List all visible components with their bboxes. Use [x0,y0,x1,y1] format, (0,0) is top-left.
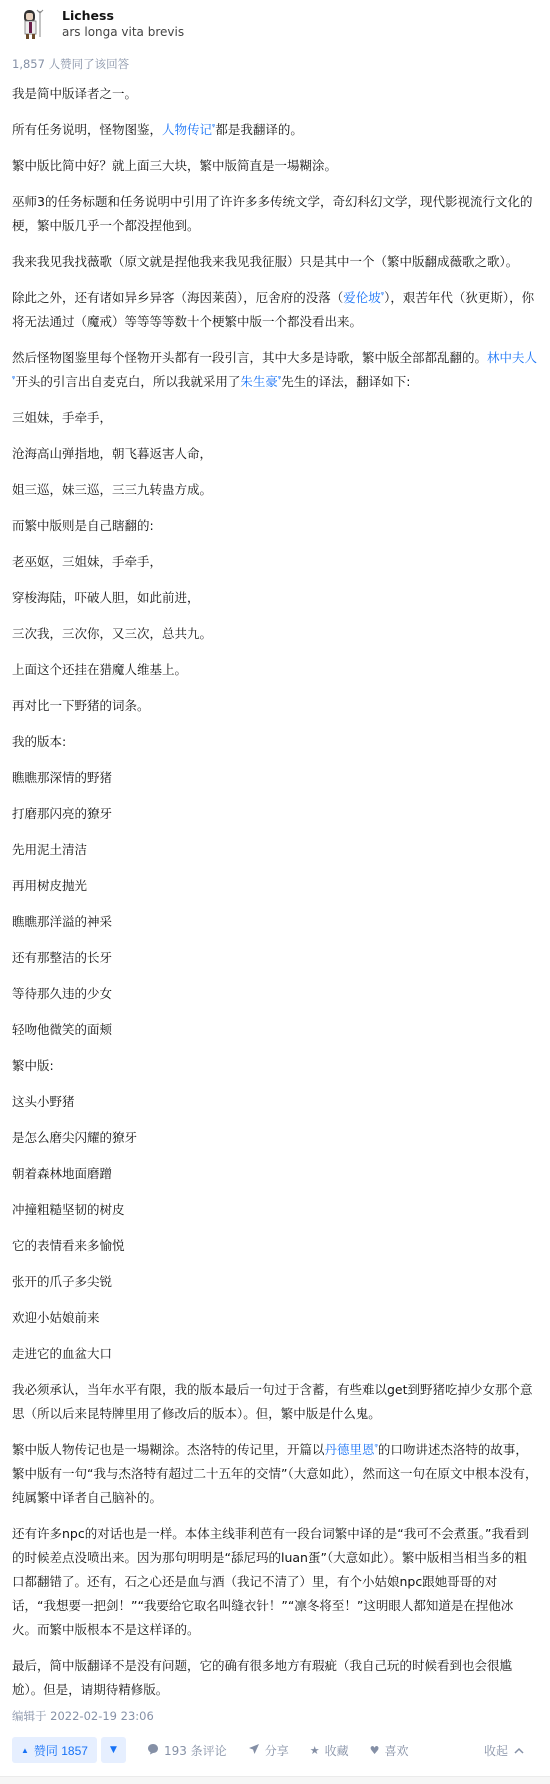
paragraph: 除此之外，还有诸如异乡异客（海因莱茵），厄舍府的没落（爱伦坡ᵠ），艰苦年代（狄更… [12,286,538,334]
poem-line: 它的表情看来多愉悦 [12,1234,538,1258]
section-divider [0,1776,550,1784]
poem-line: 我的版本: [12,730,538,754]
author-bio: ars longa vita brevis [62,24,184,41]
paragraph: 然后怪物图鉴里每个怪物开头都有一段引言，其中大多是诗歌，繁中版全部都乱翻的。林中… [12,346,538,394]
poem-line: 朝着森林地面磨蹭 [12,1162,538,1186]
poem-line: 繁中版: [12,1054,538,1078]
author-header: Lichess ars longa vita brevis [12,0,538,46]
poem-line: 是怎么磨尖闪耀的獠牙 [12,1126,538,1150]
poem-line: 等待那久违的少女 [12,982,538,1006]
wizard-avatar-icon [18,7,46,41]
heart-icon: ♥ [370,1744,380,1757]
star-icon: ★ [310,1744,320,1757]
link-dandelion[interactable]: 丹德里恩ᵠ [325,1442,378,1457]
paragraph: 还有许多npc的对话也是一样。本体主线菲利芭有一段台词繁中译的是“我可不会煮蛋。… [12,1522,538,1642]
poem-line: 沧海高山弹指地，朝飞暮返害人命， [12,442,538,466]
answer-content: 我是简中版译者之一。 所有任务说明，怪物图鉴，人物传记ᵠ都是我翻译的。 繁中版比… [12,82,538,1702]
poem-line: 老巫妪，三姐妹，手牵手， [12,550,538,574]
downvote-button[interactable]: ▼ [101,1737,126,1763]
poem-line: 走进它的血盆大口 [12,1342,538,1366]
poem-line: 姐三巡，妹三巡，三三九转蛊方成。 [12,478,538,502]
paragraph: 繁中版比简中好？就上面三大块，繁中版简直是一場糊涂。 [12,154,538,178]
poem-line: 穿梭海陆，吓破人胆，如此前进， [12,586,538,610]
comments-button[interactable]: 193 条评论 [147,1742,227,1759]
vote-summary: 1,857 人赞同了该回答 [12,56,538,72]
poem-line: 还有那整洁的长牙 [12,946,538,970]
link-zhu-shenghao[interactable]: 朱生豪ᵠ [240,374,281,389]
answer-card: Lichess ars longa vita brevis 1,857 人赞同了… [0,0,550,1776]
collapse-button[interactable]: 收起 [484,1742,524,1759]
author-name[interactable]: Lichess [62,7,184,24]
poem-line: 三次我，三次你，又三次，总共九。 [12,622,538,646]
poem-line: 上面这个还挂在猎魔人维基上。 [12,658,538,682]
like-button[interactable]: ♥ 喜欢 [370,1742,409,1759]
poem-line: 瞧瞧那洋溢的神采 [12,910,538,934]
poem-line: 打磨那闪亮的獠牙 [12,802,538,826]
favorite-button[interactable]: ★ 收藏 [310,1742,349,1759]
upvote-button[interactable]: ▲ 赞同 1857 [12,1737,97,1763]
comment-bubble-icon [147,1743,159,1758]
upvote-icon: ▲ [21,1746,29,1755]
share-button[interactable]: 分享 [248,1742,289,1759]
paragraph: 我是简中版译者之一。 [12,82,538,106]
poem-line: 瞧瞧那深情的野猪 [12,766,538,790]
poem-line: 再对比一下野猪的词条。 [12,694,538,718]
poem-line: 欢迎小姑娘前来 [12,1306,538,1330]
poem-line: 三姐妹，手牵手， [12,406,538,430]
poem-line: 轻吻他微笑的面颊 [12,1018,538,1042]
paragraph: 所有任务说明，怪物图鉴，人物传记ᵠ都是我翻译的。 [12,118,538,142]
poem-line: 冲撞粗糙坚韧的树皮 [12,1198,538,1222]
paragraph: 巫师3的任务标题和任务说明中引用了许许多多传统文学，奇幻科幻文学，现代影视流行文… [12,190,538,238]
avatar[interactable] [18,7,46,41]
poem-line: 而繁中版则是自己瞎翻的: [12,514,538,538]
link-poe[interactable]: 爱伦坡ᵠ [343,290,384,305]
link-character-bios[interactable]: 人物传记ᵠ [162,122,215,137]
paragraph: 繁中版人物传记也是一場糊涂。杰洛特的传记里，开篇以丹德里恩ᵠ的口吻讲述杰洛特的故… [12,1438,538,1510]
edit-timestamp[interactable]: 编辑于 2022-02-19 23:06 [12,1708,538,1724]
poem-line: 张开的爪子多尖锐 [12,1270,538,1294]
paragraph: 最后，简中版翻译不是没有问题，它的确有很多地方有瑕疵（我自己玩的时候看到也会很尴… [12,1654,538,1702]
paragraph: 我来我见我找薇歌（原文就是捏他我来我见我征服）只是其中一个（繁中版翻成薇歌之歌）… [12,250,538,274]
paragraph: 我必须承认，当年水平有限，我的版本最后一句过于含蓄，有些难以get到野猪吃掉少女… [12,1378,538,1426]
paper-plane-icon [248,1743,260,1758]
chevron-up-icon [514,1744,524,1757]
downvote-icon: ▼ [110,1745,117,1755]
poem-line: 再用树皮抛光 [12,874,538,898]
poem-line: 这头小野猪 [12,1090,538,1114]
poem-line: 先用泥土清洁 [12,838,538,862]
action-bar: ▲ 赞同 1857 ▼ 193 条评论 分享 ★ 收藏 ♥ 喜欢 收起 [12,1724,538,1776]
